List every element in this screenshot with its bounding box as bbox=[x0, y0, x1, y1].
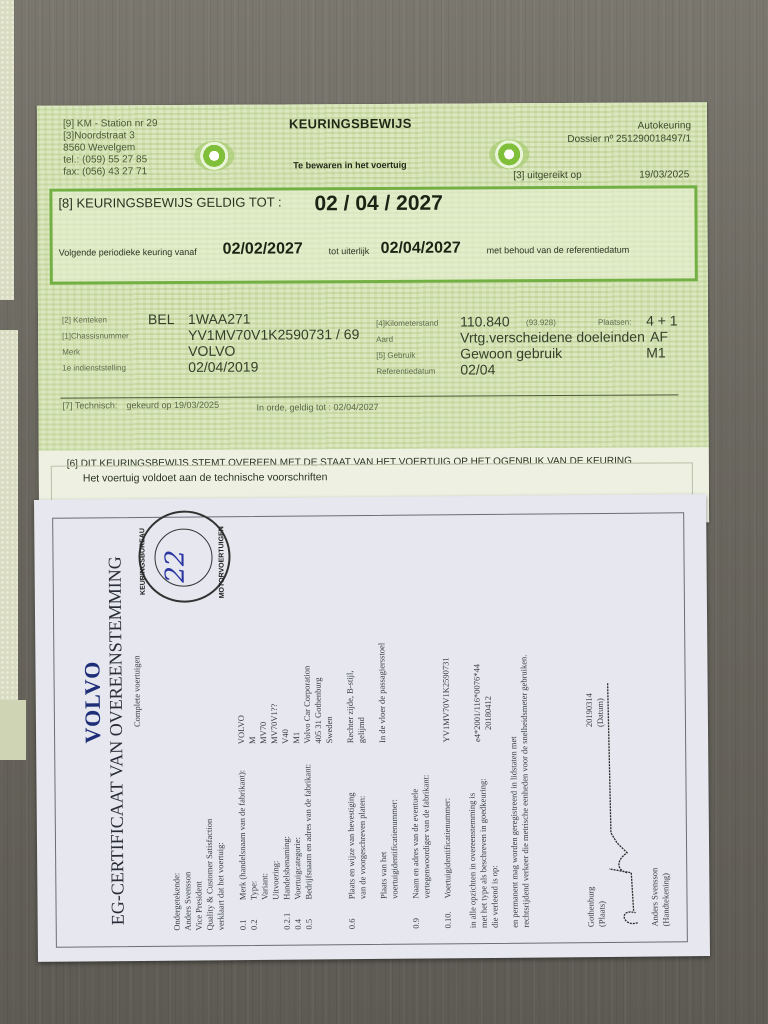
certificate-content: VOLVO EG-CERTIFICAAT VAN OVEREENSTEMMING… bbox=[34, 494, 710, 962]
field-label: Merk (handelsnaam van de fabrikant): bbox=[236, 770, 248, 900]
certificate-field-row: van de voorgeschreven platen:gelijmd bbox=[34, 500, 38, 962]
certificate-title: EG-CERTIFICAAT VAN OVEREENSTEMMING bbox=[104, 556, 128, 925]
field-label: van de voorgeschreven platen: bbox=[357, 796, 369, 900]
field-label: voertuigidentificatienummer: bbox=[389, 799, 401, 899]
category: M1 bbox=[646, 344, 666, 360]
field-value: In de vloer de passagiersstoel bbox=[376, 643, 388, 743]
certificate-field-row: Plaats van hetIn de vloer de passagierss… bbox=[34, 500, 38, 962]
keuringsbewijs-document: [9] KM - Station nr 29 [3]Noordstraat 3 … bbox=[37, 102, 709, 526]
signatory-line: verklaart dat het voertuig: bbox=[215, 842, 227, 930]
certificate-field-row: 0.5Bedrijfsnaam en adres van de fabrikan… bbox=[34, 500, 38, 962]
stamp-bottom-text: MOTORVOERTUIGEN bbox=[218, 526, 226, 598]
vehicle-kind: Vrtg.verscheidene doeleinden bbox=[460, 329, 645, 346]
issued-date: 19/03/2025 bbox=[639, 169, 689, 180]
certificate-field-row: 405 31 Gothenburg bbox=[34, 500, 38, 962]
field-label: Handelsbenaming: bbox=[281, 836, 293, 900]
certificate-subtitle: Complete voertuigen bbox=[131, 655, 143, 727]
field-code: 0.4 bbox=[293, 919, 304, 930]
usage: Gewoon gebruik bbox=[460, 345, 562, 362]
field-code: 0.2.1 bbox=[282, 913, 293, 930]
field-value: V40 bbox=[280, 729, 291, 744]
seats-label: Plaatsen: bbox=[598, 318, 631, 327]
field-label: 1e indienststelling bbox=[62, 363, 126, 372]
conformity-line: met het type als beschreven in goedkeuri… bbox=[477, 778, 489, 928]
certificate-field-row: vertegenwoordiger van de fabrikant: bbox=[34, 500, 38, 962]
goca-eye-logo-icon bbox=[489, 139, 529, 169]
type-approval-date: 20180412 bbox=[483, 696, 494, 730]
station-name: [9] KM - Station nr 29 bbox=[63, 118, 158, 129]
registration-line: rechtsrijdend verkeer die metrische eenh… bbox=[518, 655, 531, 928]
certificate-field-row: Variant:MV70 bbox=[34, 500, 38, 962]
background-paper-left bbox=[0, 330, 18, 750]
dossier-number: Dossier nº 251290018497/1 bbox=[567, 133, 691, 145]
stamp-number: 22 bbox=[160, 549, 190, 582]
field-label: Voertuigidentificatienummer: bbox=[442, 798, 454, 898]
signature bbox=[596, 673, 648, 933]
field-value: Sweden bbox=[324, 716, 335, 743]
volvo-coc-certificate: VOLVO EG-CERTIFICAAT VAN OVEREENSTEMMING… bbox=[34, 494, 710, 962]
document-title: KEURINGSBEWIJS bbox=[289, 116, 412, 132]
field-label: Voertuigcategorie: bbox=[292, 837, 304, 900]
reference-date: 02/04 bbox=[460, 361, 495, 377]
station-street: [3]Noordstraat 3 bbox=[63, 130, 135, 141]
certificate-field-row: 0.2.1Handelsbenaming:V40 bbox=[34, 500, 38, 962]
field-value: gelijmd bbox=[356, 717, 367, 743]
conformity-line: die verleend is op: bbox=[489, 865, 501, 928]
certificate-fields: 0.1Merk (handelsnaam van de fabrikant):V… bbox=[34, 500, 38, 962]
station-city: 8560 Wevelgem bbox=[63, 142, 135, 153]
field-label: Bedrijfsnaam en adres van de fabrikant: bbox=[302, 764, 314, 900]
stamp-top-text: KEURINGSBUREAU bbox=[139, 528, 147, 595]
signatory-line: Quality & Customer Satisfaction bbox=[204, 819, 216, 931]
signer-label: (Handtekening) bbox=[660, 873, 671, 926]
make: VOLVO bbox=[188, 343, 235, 359]
field-label: Merk bbox=[62, 348, 80, 357]
certificate-field-row: Uitvoering:MV70V1?? bbox=[34, 500, 38, 962]
chassis-number: YV1MV70V1K2590731 / 69 bbox=[188, 326, 359, 343]
signatory-line: Ondergetekende: bbox=[171, 873, 183, 931]
field-value: Rechter zijde, B-stijl, bbox=[344, 670, 356, 743]
technical-checked: gekeurd op 19/03/2025 bbox=[126, 400, 219, 410]
field-code: 0.10. bbox=[443, 911, 454, 928]
field-label: Referentiedatum bbox=[376, 367, 435, 376]
signatory-line: Vice President bbox=[193, 881, 204, 930]
field-code: 0.9 bbox=[411, 918, 422, 929]
inspection-type: Autokeuring bbox=[638, 120, 691, 131]
certificate-field-row: 0.4Voertuigcategorie:M1 bbox=[34, 500, 38, 962]
field-label: Variant: bbox=[259, 873, 270, 900]
field-value: 405 31 Gothenburg bbox=[313, 677, 325, 743]
field-value: Volvo Car Corporation bbox=[301, 666, 313, 744]
next-inspection-mid: tot uiterlijk bbox=[329, 246, 370, 256]
field-value: VOLVO bbox=[236, 715, 247, 744]
next-inspection-from: 02/02/2027 bbox=[223, 240, 303, 258]
field-value: M1 bbox=[291, 732, 302, 744]
type-approval-number: e4*2001/116*0076*44 bbox=[471, 664, 483, 742]
goca-eye-logo-icon bbox=[194, 141, 234, 171]
field-label: Uitvoering: bbox=[270, 861, 281, 900]
station-fax: fax: (056) 43 27 71 bbox=[63, 166, 147, 177]
field-code: 0.1 bbox=[238, 919, 249, 930]
field-label: Type: bbox=[248, 881, 259, 900]
certificate-field-row: 0.9Naam en adres van de eventuele bbox=[34, 500, 38, 962]
certificate-field-row: 0.2Type:M bbox=[34, 500, 38, 962]
certificate-field-row: 0.1Merk (handelsnaam van de fabrikant):V… bbox=[34, 500, 38, 962]
validity-label: [8] KEURINGSBEWIJS GELDIG TOT : bbox=[58, 194, 281, 210]
technical-label: [7] Technisch: bbox=[62, 400, 117, 410]
signatory-line: Anders Svensson bbox=[182, 872, 194, 931]
odometer: 110.840 bbox=[460, 313, 510, 329]
volvo-logo: VOLVO bbox=[79, 661, 106, 744]
next-inspection-to: 02/04/2027 bbox=[381, 240, 461, 258]
next-inspection-suffix: met behoud van de referentiedatum bbox=[487, 245, 630, 256]
seats: 4 + 1 bbox=[646, 312, 678, 328]
license-plate: 1WAA271 bbox=[188, 311, 251, 327]
next-inspection-prefix: Volgende periodieke keuring vanaf bbox=[59, 247, 197, 258]
background-paper-left-bottom bbox=[0, 700, 26, 760]
field-value: YV1MV70V1K2590731 bbox=[440, 657, 452, 742]
field-label: Aard bbox=[376, 335, 393, 344]
signer-name: Anders Svensson bbox=[649, 868, 661, 927]
field-label: [1]Chassisnummer bbox=[62, 331, 129, 340]
field-label: [5] Gebruik bbox=[376, 351, 415, 360]
certificate-field-row: 0.6Plaats en wijze van bevestigingRechte… bbox=[34, 500, 38, 962]
field-label: [2] Kenteken bbox=[62, 315, 107, 324]
field-label: [4]Kilometerstand bbox=[376, 319, 438, 328]
field-code: 0.5 bbox=[304, 919, 315, 930]
certificate-field-row: 0.10.Voertuigidentificatienummer:YV1MV70… bbox=[34, 500, 38, 962]
place: Gothenburg bbox=[585, 887, 596, 928]
date: 20190314 bbox=[584, 693, 595, 727]
field-code: 0.2 bbox=[249, 919, 260, 930]
field-label: Plaats van het bbox=[378, 852, 389, 899]
validity-date: 02 / 04 / 2027 bbox=[314, 192, 443, 217]
certificate-field-row: voertuigidentificatienummer: bbox=[34, 500, 38, 962]
field-value: MV70V1?? bbox=[269, 704, 280, 744]
station-tel: tel.: (059) 55 27 85 bbox=[63, 154, 147, 165]
field-label: vertegenwoordiger van de fabrikant: bbox=[420, 775, 432, 899]
field-value: MV70 bbox=[258, 722, 269, 744]
plate-country: BEL bbox=[148, 311, 175, 327]
certificate-field-row: Sweden bbox=[34, 500, 38, 962]
background-paper-left-top bbox=[0, 0, 14, 300]
technical-valid: In orde, geldig tot : 02/04/2027 bbox=[256, 402, 378, 413]
field-code: 0.6 bbox=[347, 919, 358, 930]
body-code: AF bbox=[650, 328, 668, 344]
validity-box: [8] KEURINGSBEWIJS GELDIG TOT : 02 / 04 … bbox=[49, 185, 697, 284]
document-subtitle: Te bewaren in het voertuig bbox=[293, 160, 406, 171]
field-value: M bbox=[247, 736, 258, 744]
issued-label: [3] uitgereikt op bbox=[513, 170, 581, 181]
inspection-stamp: KEURINGSBUREAU MOTORVOERTUIGEN 22 bbox=[138, 510, 231, 603]
odometer-previous: (93.928) bbox=[526, 318, 556, 327]
first-registration: 02/04/2019 bbox=[188, 359, 258, 375]
